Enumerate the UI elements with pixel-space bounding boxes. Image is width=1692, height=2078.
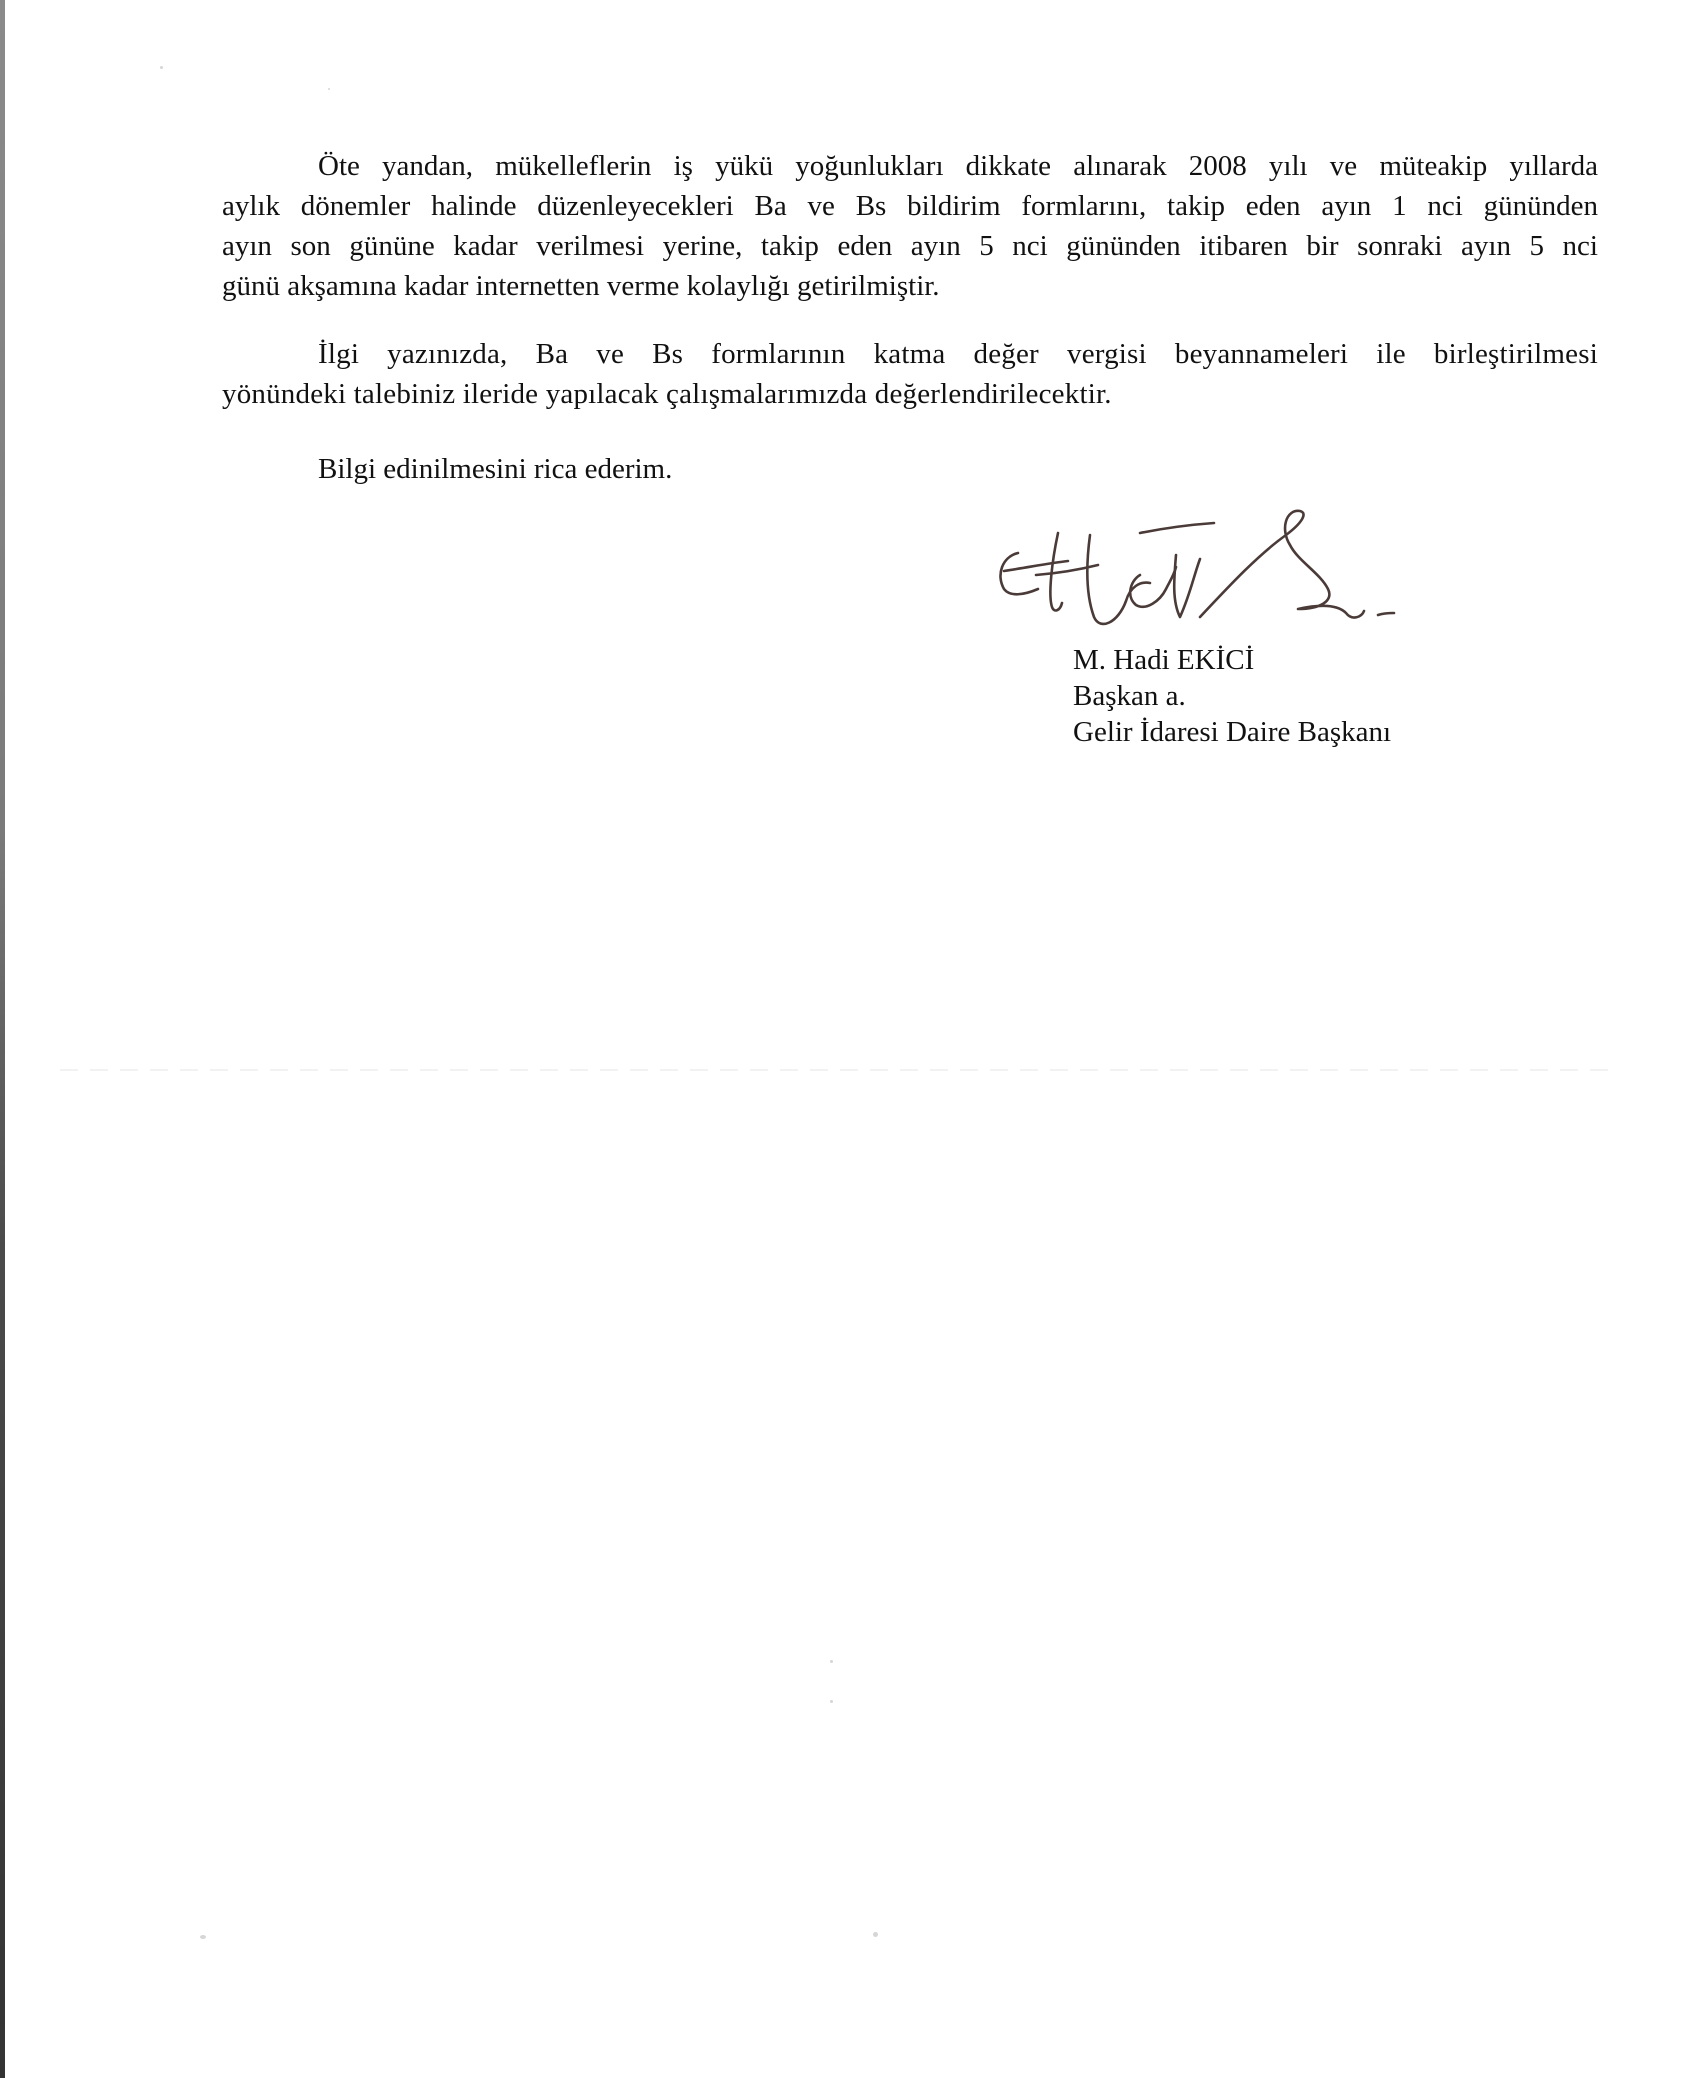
paragraph-request-response: İlgi yazınızda, Ba ve Bs formlarının kat… — [222, 334, 1598, 414]
signer-title: Gelir İdaresi Daire Başkanı — [1073, 714, 1391, 750]
signer-name: M. Hadi EKİCİ — [1073, 642, 1391, 678]
scan-speck — [830, 1700, 833, 1703]
scanned-letter-page: Öte yandan, mükelleflerin iş yükü yoğunl… — [0, 0, 1692, 2078]
scan-speck — [873, 1932, 878, 1937]
signer-role: Başkan a. — [1073, 678, 1391, 714]
scan-speck — [200, 1935, 206, 1939]
paragraph-line: yönündeki talebiniz ileride yapılacak ça… — [222, 374, 1598, 414]
scan-speck — [830, 1660, 833, 1663]
paragraph-line: aylık dönemler halinde düzenleyecekleri … — [222, 186, 1598, 226]
paragraph-line: İlgi yazınızda, Ba ve Bs formlarının kat… — [222, 334, 1598, 374]
paragraph-filing-deadline: Öte yandan, mükelleflerin iş yükü yoğunl… — [222, 146, 1598, 306]
scan-artifact-line — [60, 1069, 1620, 1071]
scan-speck — [328, 88, 330, 90]
paragraph-line: Öte yandan, mükelleflerin iş yükü yoğunl… — [222, 146, 1598, 186]
paragraph-closing: Bilgi edinilmesini rica ederim. — [222, 449, 1598, 489]
scanner-edge-shadow — [0, 0, 5, 2078]
scan-speck — [160, 66, 163, 69]
signature-block: M. Hadi EKİCİ Başkan a. Gelir İdaresi Da… — [1073, 642, 1391, 750]
paragraph-line: ayın son gününe kadar verilmesi yerine, … — [222, 226, 1598, 266]
paragraph-line: günü akşamına kadar internetten verme ko… — [222, 266, 1598, 306]
handwritten-signature — [990, 505, 1420, 635]
paragraph-line: Bilgi edinilmesini rica ederim. — [222, 449, 1598, 489]
